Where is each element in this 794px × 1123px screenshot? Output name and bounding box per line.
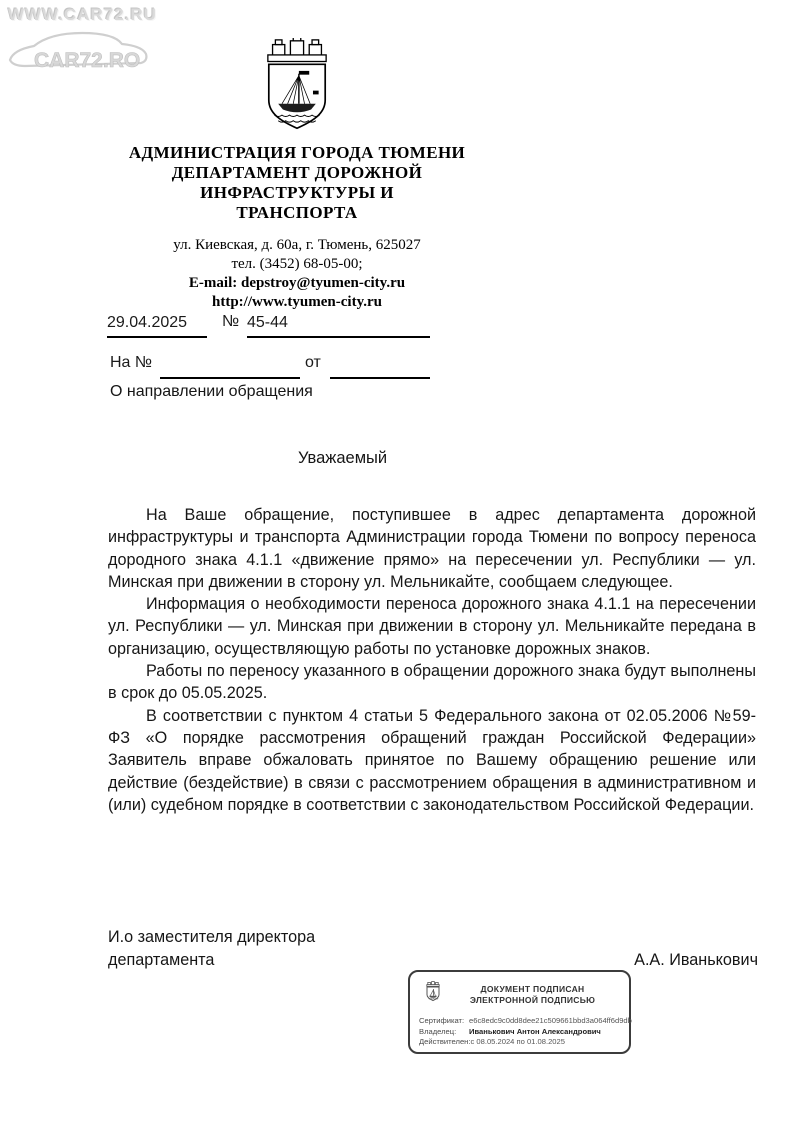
org-address: ул. Киевская, д. 60а, г. Тюмень, 625027 [57,236,537,255]
certificate-label: Сертификат: [419,1016,469,1027]
reply-from-label: от [305,354,321,372]
org-name-line: ТРАНСПОРТА [57,203,537,223]
body-paragraph: Информация о необходимости переноса доро… [108,593,756,660]
scanned-letter-page: WWW.CAR72.RU CAR72.RO [0,0,794,1123]
owner-value: Иванькович Антон Александрович [469,1027,620,1038]
validity-value: с 08.05.2024 по 01.08.2025 [470,1037,620,1048]
reply-to-label: На № [110,354,152,372]
org-phone: тел. (3452) 68-05-00; [57,255,537,274]
body-paragraph: Работы по переносу указанного в обращени… [108,660,756,705]
salutation: Уважаемый [298,449,387,468]
body-paragraph: На Ваше обращение, поступившее в адрес д… [108,504,756,593]
stamp-title-line: ДОКУМЕНТ ПОДПИСАН [445,984,620,995]
letter-body: На Ваше обращение, поступившее в адрес д… [108,504,756,816]
stamp-title: ДОКУМЕНТ ПОДПИСАН ЭЛЕКТРОННОЙ ПОДПИСЬЮ [445,984,620,1006]
org-website: http://www.tyumen-city.ru [57,293,537,312]
stamp-owner-row: Владелец: Иванькович Антон Александрович [419,1027,620,1038]
signer-name: А.А. Иванькович [634,949,758,972]
electronic-signature-stamp: ДОКУМЕНТ ПОДПИСАН ЭЛЕКТРОННОЙ ПОДПИСЬЮ С… [408,970,631,1054]
signer-position-line: департамента [108,949,315,972]
signature-block: И.о заместителя директора департамента А… [108,926,758,972]
letter-date: 29.04.2025 [107,314,207,338]
reference-block: 29.04.2025 № 45-44 На № от [107,314,647,388]
signer-position-line: И.о заместителя директора [108,926,315,949]
stamp-certificate-row: Сертификат: e6c8edc9c0dd8dee21c509661bbd… [419,1016,620,1027]
org-name-line: АДМИНИСТРАЦИЯ ГОРОДА ТЮМЕНИ [57,143,537,163]
org-name: АДМИНИСТРАЦИЯ ГОРОДА ТЮМЕНИ ДЕПАРТАМЕНТ … [57,143,537,223]
stamp-coat-of-arms-icon [421,979,445,1010]
body-paragraph: В соответствии с пунктом 4 статьи 5 Феде… [108,705,756,816]
org-name-line: ДЕПАРТАМЕНТ ДОРОЖНОЙ [57,163,537,183]
outgoing-ref-row: 29.04.2025 № 45-44 [107,314,647,350]
number-sign: № [222,313,239,331]
tyumen-coat-of-arms-icon [57,38,537,137]
org-email: E-mail: depstroy@tyumen-city.ru [57,274,537,293]
letter-subject: О направлении обращения [110,383,313,401]
org-contacts: ул. Киевская, д. 60а, г. Тюмень, 625027 … [57,236,537,312]
owner-label: Владелец: [419,1027,469,1038]
letter-number: 45-44 [247,314,430,338]
signer-position: И.о заместителя директора департамента [108,926,315,972]
org-name-line: ИНФРАСТРУКТУРЫ И [57,183,537,203]
reply-date-blank-line [330,377,430,379]
stamp-title-line: ЭЛЕКТРОННОЙ ПОДПИСЬЮ [445,995,620,1006]
validity-label: Действителен: [419,1037,470,1048]
certificate-value: e6c8edc9c0dd8dee21c509661bbd3a064ff6d9db [469,1016,632,1027]
reply-number-blank-line [160,377,300,379]
letterhead: АДМИНИСТРАЦИЯ ГОРОДА ТЮМЕНИ ДЕПАРТАМЕНТ … [57,38,537,312]
stamp-validity-row: Действителен: с 08.05.2024 по 01.08.2025 [419,1037,620,1048]
